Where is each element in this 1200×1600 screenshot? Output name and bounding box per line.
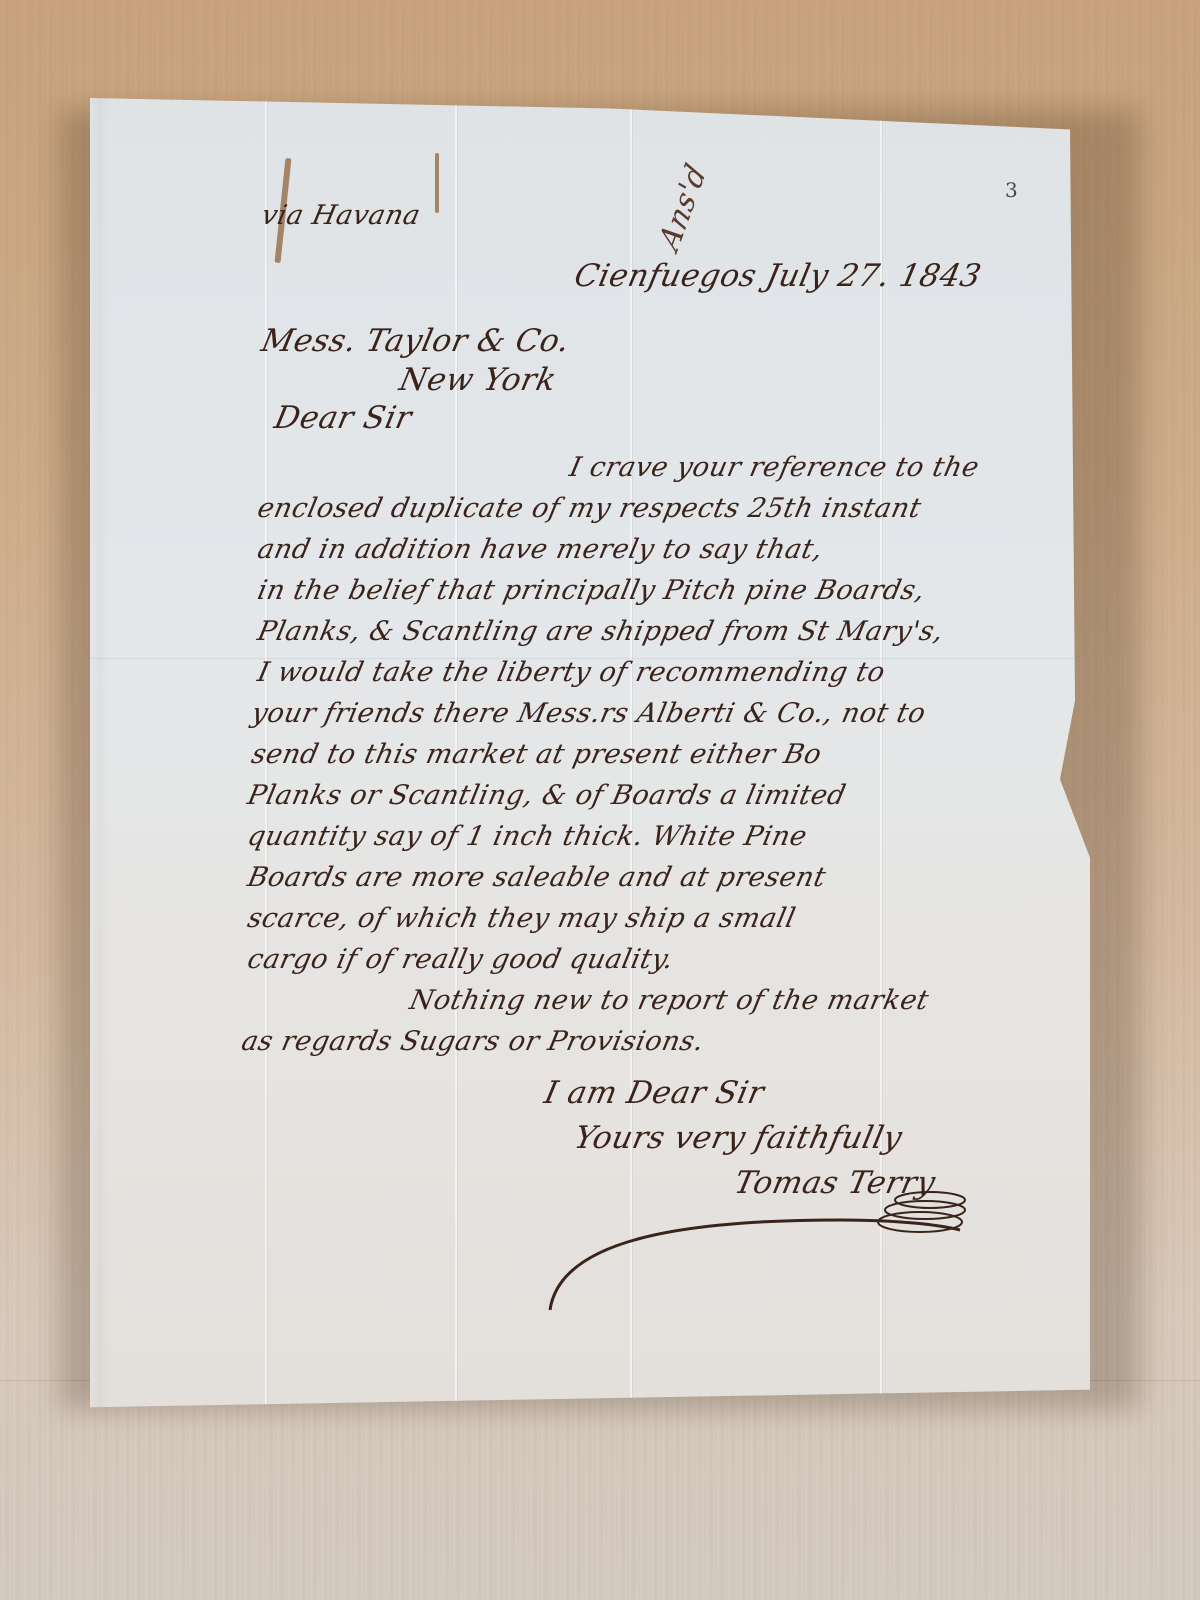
body-line: quantity say of 1 inch thick. White Pine — [245, 821, 810, 852]
body-line: I crave your reference to the — [567, 452, 982, 483]
ink-stain — [435, 153, 439, 213]
body-line: enclosed duplicate of my respects 25th i… — [255, 493, 924, 524]
routing-note: via Havana — [259, 200, 424, 231]
body-line: I would take the liberty of recommending… — [255, 657, 888, 688]
salutation: Dear Sir — [271, 400, 415, 436]
body-line: scarce, of which they may ship a small — [245, 903, 799, 934]
signature-flourish-icon — [540, 1180, 980, 1320]
body-line: Nothing new to report of the market — [407, 985, 932, 1016]
addressee-name: Mess. Taylor & Co. — [258, 323, 573, 359]
body-line: as regards Sugars or Provisions. — [239, 1026, 707, 1057]
body-line: Planks, & Scantling are shipped from St … — [255, 616, 947, 647]
body-line: cargo if of really good quality. — [245, 944, 677, 975]
body-line: and in addition have merely to say that, — [255, 534, 826, 565]
addressee-city: New York — [396, 362, 560, 398]
closing-line: I am Dear Sir — [541, 1075, 767, 1111]
page-number: 3 — [1005, 178, 1018, 202]
body-line: Boards are more saleable and at present — [245, 862, 829, 893]
body-line: Planks or Scantling, & of Boards a limit… — [245, 780, 849, 811]
closing-line: Yours very faithfully — [571, 1120, 905, 1156]
body-line: in the belief that principally Pitch pin… — [255, 575, 928, 606]
body-line: send to this market at present either Bo — [249, 739, 825, 770]
body-line: your friends there Mess.rs Alberti & Co.… — [249, 698, 929, 729]
place-date: Cienfuegos July 27. 1843 — [571, 258, 984, 294]
